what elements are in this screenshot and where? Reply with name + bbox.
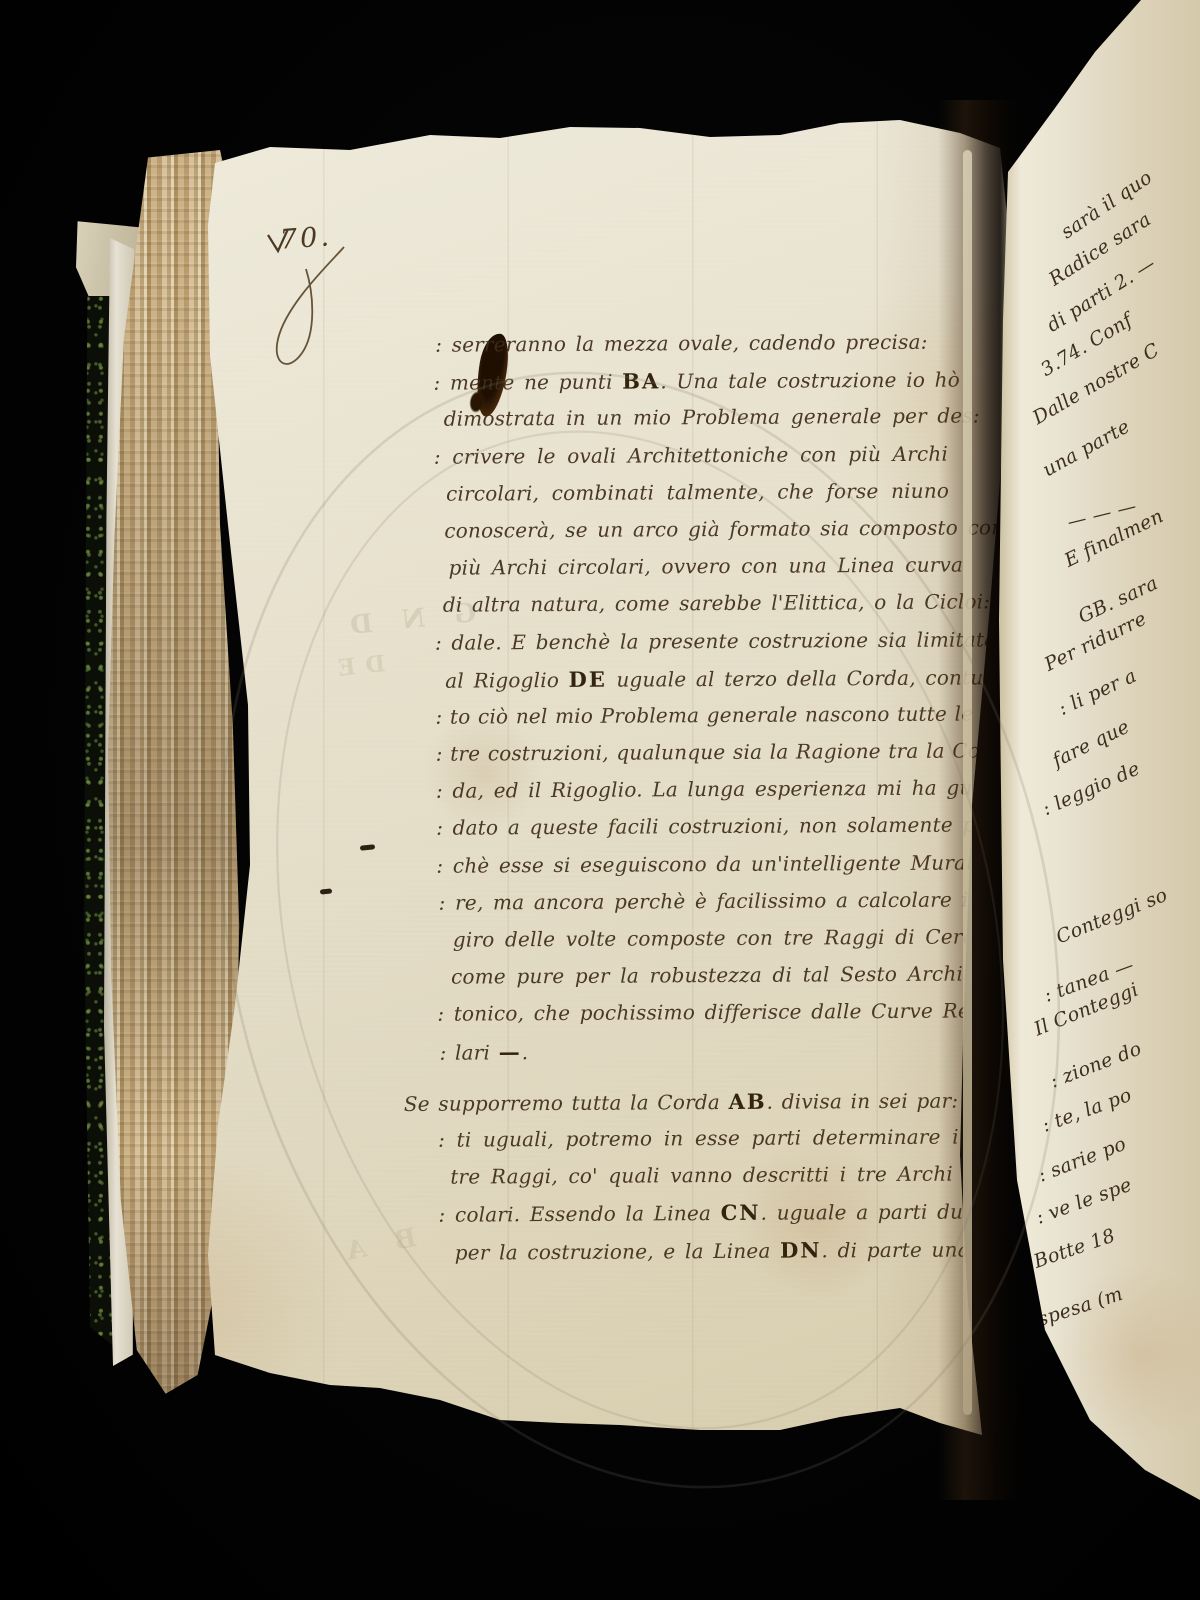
gutter-page-edge	[963, 150, 972, 1415]
manuscript-line: per la costruzione, e la Linea DN. di pa…	[455, 1236, 1011, 1277]
next-page-line: : zione do	[1047, 1038, 1145, 1093]
manuscript-line: giro delle volte composte con tre Raggi …	[453, 924, 1009, 965]
manuscript-line: : tonico, che pochissimo differisce dall…	[437, 999, 1009, 1040]
manuscript-line: : crivere le ovali Architettoniche con p…	[434, 441, 1006, 482]
next-page-line: spesa (m	[1035, 1283, 1126, 1331]
manuscript-line: conoscerà, se un arco già formato sia co…	[444, 515, 1006, 556]
manuscript-line: tre Raggi, co' quali vanno descritti i t…	[450, 1161, 1010, 1202]
manuscript-line: : re, ma ancora perchè è facilissimo a c…	[439, 887, 1009, 928]
manuscript-text-block: : serreranno la mezza ovale, cadendo pre…	[433, 329, 1011, 1276]
manuscript-left-page: 70. G N D DE B A : serreranno la mezza o…	[140, 105, 1020, 1465]
manuscript-line: : tre costruzioni, qualunque sia la Ragi…	[436, 738, 1008, 779]
manuscript-line: : dato a queste facili costruzioni, non …	[436, 813, 1008, 854]
manuscript-line: : lari —.	[439, 1036, 1009, 1077]
page-number-text: 70.	[279, 221, 333, 256]
manuscript-line: circolari, combinati talmente, che forse…	[446, 478, 1006, 519]
manuscript-photo: 70. G N D DE B A : serreranno la mezza o…	[0, 0, 1200, 1600]
next-page-line: : te, la po	[1039, 1084, 1135, 1137]
manuscript-line: : serreranno la mezza ovale, cadendo pre…	[435, 329, 1005, 370]
manuscript-line: dimostrata in un mio Problema generale p…	[444, 404, 1006, 445]
manuscript-line: : dale. E benchè la presente costruzione…	[435, 627, 1007, 668]
next-page-line: : li per a	[1055, 665, 1140, 720]
next-page-line: una parte	[1039, 415, 1134, 481]
manuscript-line: al Rigoglio DE uguale al terzo della Cor…	[445, 664, 1007, 705]
manuscript-line: di altra natura, come sarebbe l'Elittica…	[443, 590, 1007, 631]
next-page-line: : leggio de	[1039, 758, 1143, 821]
manuscript-line: come pure per la robustezza di tal Sesto…	[451, 961, 1009, 1002]
next-page-line: Dalle nostre C	[1029, 339, 1163, 429]
manuscript-line: più Archi circolari, ovvero con una Line…	[448, 552, 1006, 593]
manuscript-line: : chè esse si eseguiscono da un'intellig…	[436, 850, 1008, 891]
manuscript-line: : colari. Essendo la Linea CN. uguale a …	[438, 1199, 1010, 1240]
page-number: 70.	[258, 221, 418, 401]
manuscript-line: : ti uguali, potremo in esse parti deter…	[438, 1124, 1010, 1165]
next-page-line: Botte 18	[1031, 1224, 1118, 1272]
manuscript-line: : mente ne punti BA. Una tale costruzion…	[433, 366, 1005, 407]
manuscript-line: Se supporremo tutta la Corda AB. divisa …	[404, 1087, 1010, 1128]
next-page-sliver: sarà il quoRadice saradi parti 2. —3.74.…	[995, 0, 1200, 1540]
manuscript-line: : da, ed il Rigoglio. La lunga esperienz…	[436, 776, 1008, 817]
manuscript-line: : to ciò nel mio Problema generale nasco…	[435, 701, 1007, 742]
next-page-line: Conteggi so	[1053, 884, 1171, 949]
